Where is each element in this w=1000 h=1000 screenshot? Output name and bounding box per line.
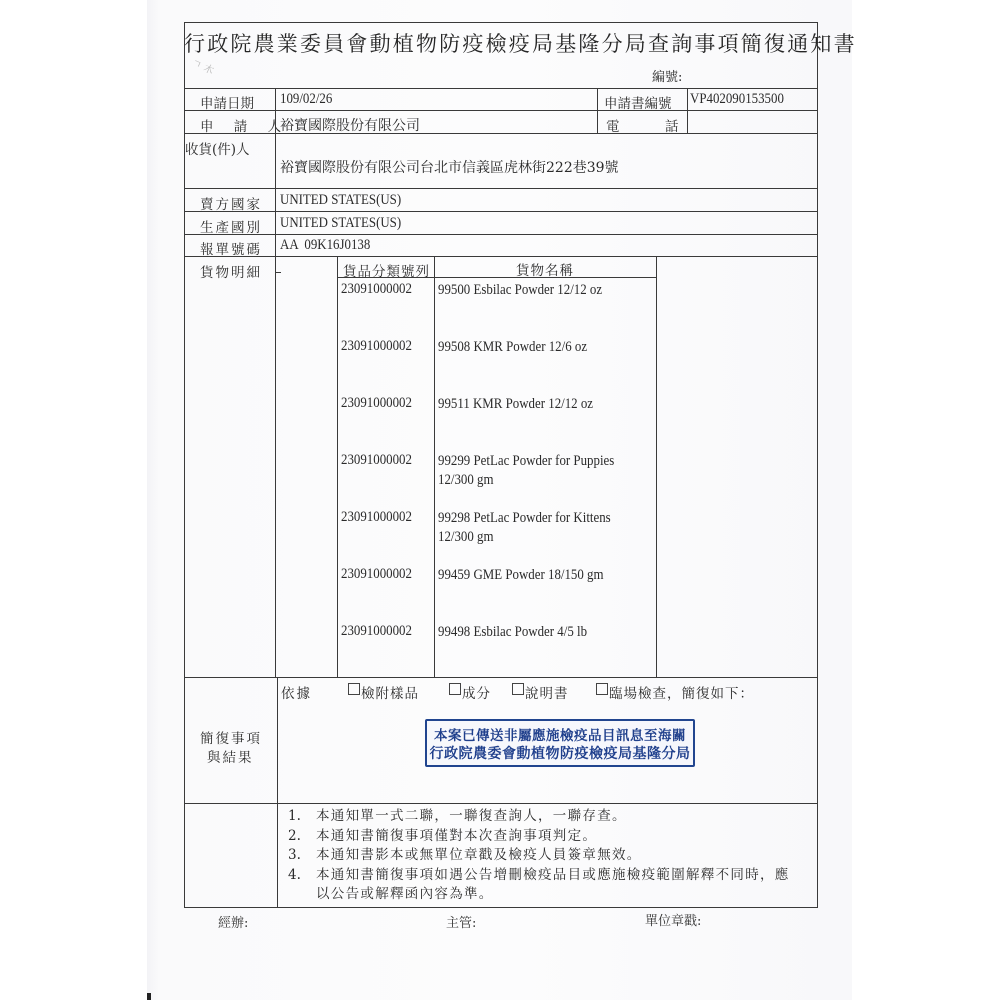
divider — [275, 88, 276, 677]
checkbox-ingredients-label: 成分 — [462, 682, 491, 702]
checkbox-onsite-inspection[interactable] — [596, 683, 608, 695]
phone-label-2: 話 — [665, 115, 679, 135]
divider — [597, 88, 598, 133]
phone-label-1: 電 — [606, 115, 620, 135]
goods-code-cell: 23091000002 — [341, 509, 412, 526]
reply-label-line1: 簡復事項 — [200, 727, 262, 747]
note-item: 2.本通知書簡復事項僅對本次查詢事項判定。 — [288, 827, 597, 847]
goods-name-cell: 99511 KMR Powder 12/12 oz — [438, 395, 644, 414]
divider — [184, 188, 818, 189]
divider — [184, 677, 818, 678]
declaration-no-value: AA 09K16J0138 — [280, 237, 370, 254]
basis-label: 依據 — [281, 682, 312, 702]
divider — [687, 88, 688, 133]
note-text: 本通知書簡復事項如遇公告增刪檢疫品目或應施檢疫範圍解釋不同時，應 — [316, 867, 790, 883]
seller-country-label: 賣方國家 — [200, 193, 262, 213]
handler-label: 經辦: — [218, 912, 248, 931]
scan-mark — [147, 993, 151, 1000]
seller-country-value: UNITED STATES(US) — [280, 192, 401, 209]
goods-code-cell: 23091000002 — [341, 623, 412, 640]
goods-code-cell: 23091000002 — [341, 281, 412, 298]
goods-code-cell: 23091000002 — [341, 338, 412, 355]
divider — [434, 256, 435, 677]
goods-name-cell: 99298 PetLac Powder for Kittens 12/300 g… — [438, 509, 644, 547]
note-number: 4. — [288, 866, 316, 886]
goods-name-cell: 99459 GME Powder 18/150 gm — [438, 566, 644, 585]
note-item: 4.本通知書簡復事項如遇公告增刪檢疫品目或應施檢疫範圍解釋不同時，應 — [288, 866, 790, 886]
checkbox-ingredients[interactable] — [449, 683, 461, 695]
document-title: 行政院農業委員會動植物防疫檢疫局基隆分局查詢事項簡復通知書 — [184, 28, 818, 58]
note-item: 3.本通知書影本或無單位章戳及檢疫人員簽章無效。 — [288, 846, 642, 866]
serial-number-label: 編號: — [652, 66, 682, 85]
note-item: 以公告或解釋函內容為準。 — [288, 885, 494, 905]
applicant-value: 裕寶國際股份有限公司 — [280, 115, 420, 135]
note-text: 本通知書影本或無單位章戳及檢疫人員簽章無效。 — [316, 847, 642, 863]
checkbox-sample[interactable] — [348, 683, 360, 695]
note-item: 1.本通知單一式二聯，一聯復查詢人，一聯存查。 — [288, 807, 627, 827]
divider — [184, 234, 818, 235]
application-no-value: VP402090153500 — [690, 91, 784, 108]
note-text: 本通知書簡復事項僅對本次查詢事項判定。 — [316, 828, 597, 844]
goods-name-cell: 99498 Esbilac Powder 4/5 lb — [438, 623, 644, 642]
origin-country-value: UNITED STATES(US) — [280, 215, 401, 232]
goods-detail-label: 貨物明細 — [200, 261, 262, 281]
application-date-label: 申請日期 — [200, 92, 254, 112]
stamp-line-2: 行政院農委會動植物防疫檢疫局基隆分局 — [427, 743, 693, 763]
divider — [277, 677, 278, 908]
divider — [184, 211, 818, 212]
origin-country-label: 生產國別 — [200, 216, 262, 236]
goods-table-header-name: 貨物名稱 — [516, 259, 574, 279]
divider — [184, 803, 818, 804]
goods-table-header-code: 貨品分類號列 — [343, 260, 430, 280]
checkbox-manual[interactable] — [512, 683, 524, 695]
stamp-line-1: 本案已傳送非屬應施檢疫品目訊息至海關 — [427, 724, 693, 744]
goods-name-cell: 99299 PetLac Powder for Puppies 12/300 g… — [438, 452, 644, 490]
reply-label-line2: 與結果 — [207, 746, 254, 766]
goods-name-cell: 99500 Esbilac Powder 12/12 oz — [438, 281, 644, 300]
official-stamp: 本案已傳送非屬應施檢疫品目訊息至海關 行政院農委會動植物防疫檢疫局基隆分局 — [425, 719, 695, 767]
goods-code-cell: 23091000002 — [341, 566, 412, 583]
unit-seal-label: 單位章戳: — [645, 910, 701, 929]
divider — [656, 256, 657, 677]
divider — [184, 110, 818, 111]
note-number: 1. — [288, 807, 316, 827]
goods-name-cell: 99508 KMR Powder 12/6 oz — [438, 338, 644, 357]
note-number: 2. — [288, 827, 316, 847]
note-text: 本通知單一式二聯，一聯復查詢人，一聯存查。 — [316, 808, 627, 824]
consignee-value: 裕寶國際股份有限公司台北市信義區虎林街222巷39號 — [280, 157, 619, 177]
supervisor-label: 主管: — [446, 912, 476, 931]
checkbox-onsite-inspection-label: 臨場檢查，簡復如下： — [609, 682, 754, 702]
divider — [337, 256, 338, 677]
divider — [337, 256, 656, 257]
checkbox-sample-label: 檢附樣品 — [361, 682, 419, 702]
tick-mark — [275, 272, 281, 273]
divider — [184, 88, 818, 89]
goods-code-cell: 23091000002 — [341, 452, 412, 469]
checkbox-manual-label: 說明書 — [525, 682, 569, 702]
application-date-value: 109/02/26 — [280, 91, 332, 108]
note-text: 以公告或解釋函內容為準。 — [316, 886, 494, 902]
consignee-label: 收貨(件)人 — [185, 138, 250, 158]
note-number: 3. — [288, 846, 316, 866]
application-no-label: 申請書編號 — [604, 92, 672, 112]
goods-code-cell: 23091000002 — [341, 395, 412, 412]
applicant-label: 申 請 人 — [200, 115, 289, 135]
declaration-no-label: 報單號碼 — [200, 238, 262, 258]
